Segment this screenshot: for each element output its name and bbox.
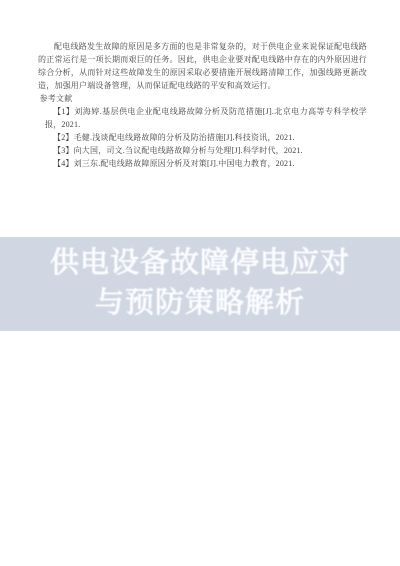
references-heading: 参考文献 — [38, 92, 367, 105]
article-text-block: 配电线路发生故障的原因是多方面的也是非常复杂的，对于供电企业来说保证配电线路的正… — [38, 40, 367, 170]
reference-item: 【2】毛健.浅谈配电线路故障的分析及防治措施[J].科技资讯，2021. — [38, 131, 367, 144]
document-page: 配电线路发生故障的原因是多方面的也是非常复杂的，对于供电企业来说保证配电线路的正… — [0, 0, 400, 566]
reference-item: 【4】刘三东.配电线路故障原因分析及对策[J].中国电力教育，2021. — [38, 157, 367, 170]
article-title-line1: 供电设备故障停电应对 — [0, 243, 400, 283]
article-title-line2: 与预防策略解析 — [0, 283, 400, 323]
reference-item: 【1】刘海婷.基层供电企业配电线路故障分析及防范措施[J].北京电力高等专科学校… — [38, 105, 367, 131]
reference-item: 【3】向大国，司文.刍议配电线路故障分析与处理[J].科学时代，2021. — [38, 144, 367, 157]
title-banner: 供电设备故障停电应对 与预防策略解析 — [0, 237, 400, 331]
article-paragraph: 配电线路发生故障的原因是多方面的也是非常复杂的，对于供电企业来说保证配电线路的正… — [38, 40, 367, 92]
article-title: 供电设备故障停电应对 与预防策略解析 — [0, 237, 400, 323]
